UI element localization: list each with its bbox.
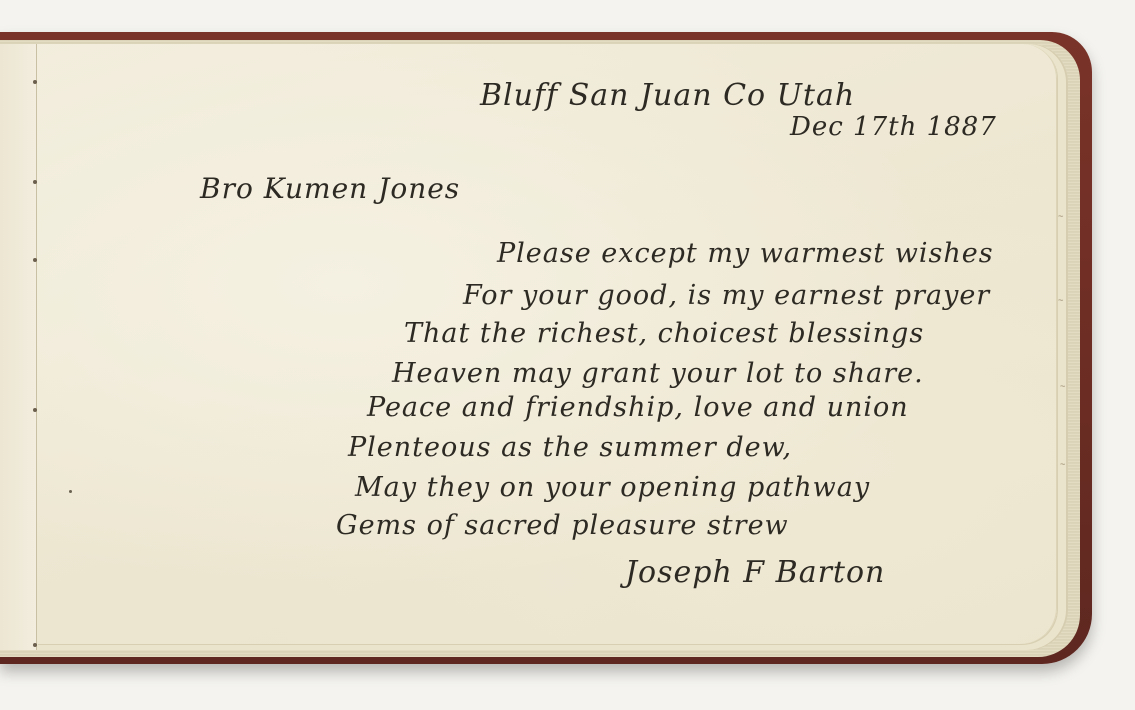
signature: Joseph F Barton [625,555,885,590]
date-heading: Dec 17th 1887 [790,112,997,142]
poem-line: May they on your opening pathway [355,472,870,503]
poem-line: Heaven may grant your lot to share. [392,358,924,389]
page-edge-pencil-mark: ~ [1060,382,1065,392]
paper-speck [69,490,72,493]
salutation: Bro Kumen Jones [200,172,460,205]
left-page-edge [0,44,37,650]
place-heading: Bluff San Juan Co Utah [480,78,855,113]
page-edge-pencil-mark: ~ [1058,212,1063,222]
poem-line: That the richest, choicest blessings [404,318,924,349]
poem-line: Peace and friendship, love and union [367,392,909,423]
page-edge-pencil-mark: ~ [1060,460,1065,470]
poem-line: Gems of sacred pleasure strew [336,510,789,541]
album-scan: ~ ~ ~ ~ Bluff San Juan Co Utah Dec 17th … [0,0,1135,710]
poem-line: Please except my warmest wishes [497,238,994,269]
page-edge-pencil-mark: ~ [1058,296,1063,306]
poem-line: For your good, is my earnest prayer [463,280,990,311]
poem-line: Plenteous as the summer dew, [348,432,792,463]
